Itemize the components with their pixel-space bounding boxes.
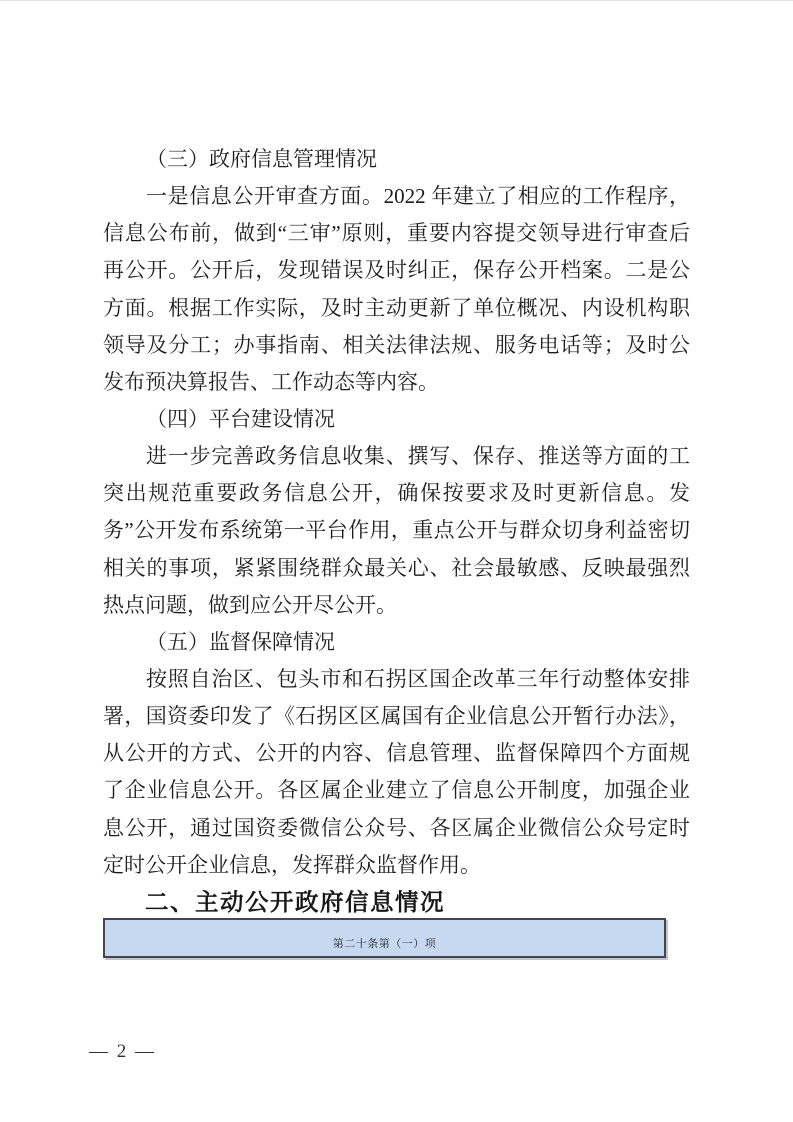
page-top-edge-line xyxy=(0,0,793,1)
text-line: 按照自治区、包头市和石拐区国企改革三年行动整体安排部 xyxy=(103,661,690,698)
text-line: 热点问题，做到应公开尽公开。 xyxy=(103,587,690,624)
text-line: 突出规范重要政务信息公开，确保按要求及时更新信息。发挥“三 xyxy=(103,475,690,512)
text-line: 署，国资委印发了《石拐区区属国有企业信息公开暂行办法》， xyxy=(103,698,690,735)
text-line: 进一步完善政务信息收集、撰写、保存、推送等方面的工作； xyxy=(103,438,690,475)
text-line: 方面。根据工作实际，及时主动更新了单位概况、内设机构职能、 xyxy=(103,290,690,327)
text-line: 信息公布前，做到“三审”原则，重要内容提交领导进行审查后 xyxy=(103,215,690,252)
section-heading-level1: 二、主动公开政府信息情况 xyxy=(103,884,690,921)
text-line: 务”公开发布系统第一平台作用，重点公开与群众切身利益密切 xyxy=(103,512,690,549)
text-line: 发布预决算报告、工作动态等内容。 xyxy=(103,364,690,401)
text-line: 定时公开企业信息，发挥群众监督作用。 xyxy=(103,847,690,884)
section-heading-level2: （五）监督保障情况 xyxy=(103,624,690,661)
text-line: 领导及分工；办事指南、相关法律法规、服务电话等；及时公开 xyxy=(103,327,690,364)
section-heading-level2: （三）政府信息管理情况 xyxy=(103,141,690,178)
text-line: 一是信息公开审查方面。2022 年建立了相应的工作程序， xyxy=(103,178,690,215)
text-line: 相关的事项，紧紧围绕群众最关心、社会最敏感、反映最强烈的 xyxy=(103,550,690,587)
text-line: 了企业信息公开。各区属企业建立了信息公开制度，加强企业信 xyxy=(103,772,690,809)
page-number: — 2 — xyxy=(89,1041,156,1063)
document-page: （三）政府信息管理情况一是信息公开审查方面。2022 年建立了相应的工作程序，信… xyxy=(0,0,793,1122)
table-header-label: 第二十条第（一）项 xyxy=(333,935,437,951)
text-line: 从公开的方式、公开的内容、信息管理、监督保障四个方面规范 xyxy=(103,735,690,772)
table-header-row: 第二十条第（一）项 xyxy=(103,918,666,958)
text-line: 息公开，通过国资委微信公众号、各区属企业微信公众号定时不 xyxy=(103,810,690,847)
text-line: 再公开。公开后，发现错误及时纠正，保存公开档案。二是公开 xyxy=(103,252,690,289)
section-heading-level2: （四）平台建设情况 xyxy=(103,401,690,438)
document-body: （三）政府信息管理情况一是信息公开审查方面。2022 年建立了相应的工作程序，信… xyxy=(103,141,690,921)
